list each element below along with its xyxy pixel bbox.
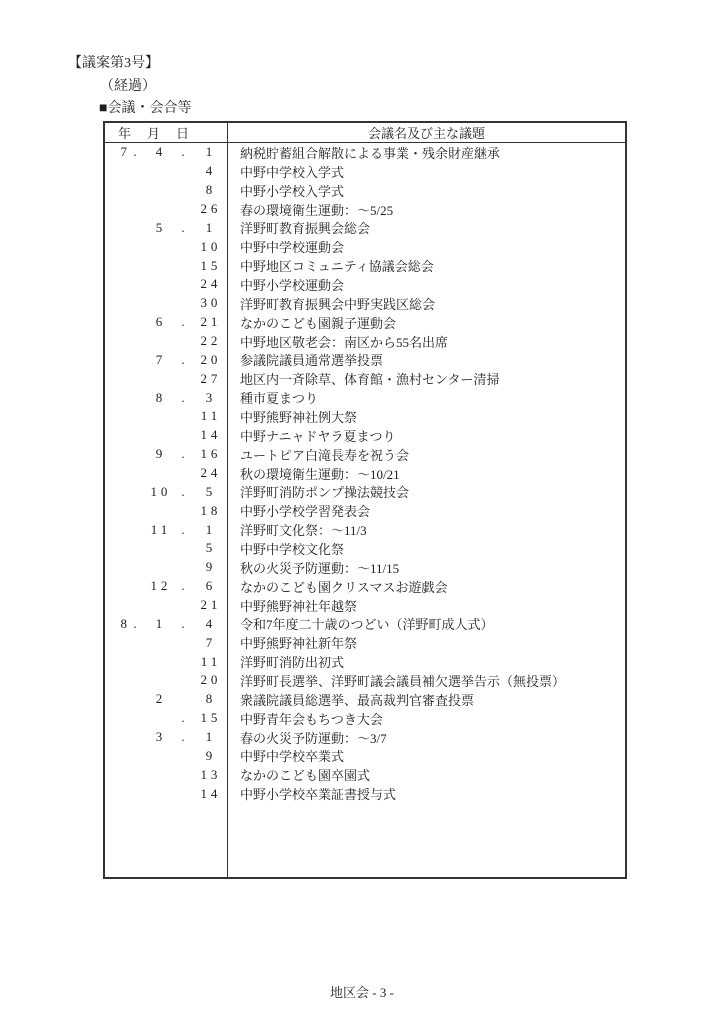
table-row: 7 . 4 . 1 納税貯蓄組合解散による事業・残余財産継承: [105, 143, 625, 162]
date-separator: .: [175, 144, 191, 160]
event-title: なかのこども園親子運動会: [228, 313, 625, 332]
date-cell: 13: [105, 765, 228, 784]
table-row: 6 . 21 なかのこども園親子運動会: [105, 313, 625, 332]
date-cell: 18: [105, 501, 228, 520]
table-row: 26 春の環境衛生運動：～5/25: [105, 200, 625, 219]
event-title: 中野小学校運動会: [228, 275, 625, 294]
table-row: 18 中野小学校学習発表会: [105, 501, 625, 520]
date-day: 7: [191, 635, 227, 651]
event-cell-empty: [228, 803, 625, 877]
event-title: 洋野町教育振興会中野実践区総会: [228, 294, 625, 313]
table-row: 11 . 1 洋野町文化祭：～11/3: [105, 520, 625, 539]
event-title: 中野熊野神社例大祭: [228, 407, 625, 426]
date-cell: 2 8: [105, 690, 228, 709]
date-cell: 12 . 6: [105, 577, 228, 596]
table-header-row: 年 月 日 会議名及び主な議題: [105, 123, 625, 143]
event-title: 衆議院議員総選挙、最高裁判官審査投票: [228, 690, 625, 709]
date-cell: 9: [105, 747, 228, 766]
table-row: 7 . 20 参議院議員通常選挙投票: [105, 350, 625, 369]
date-cell: 8: [105, 181, 228, 200]
page-footer: 地区会 - 3 -: [0, 982, 724, 1001]
date-cell: 10 . 5: [105, 482, 228, 501]
date-month: 9: [143, 446, 175, 462]
date-year: 7: [107, 144, 127, 160]
column-header-topic: 会議名及び主な議題: [228, 123, 625, 142]
date-month: 12: [143, 578, 175, 594]
date-day: 8: [191, 691, 227, 707]
event-title: 中野小学校学習発表会: [228, 501, 625, 520]
date-month: 8: [143, 390, 175, 406]
date-day: 21: [191, 314, 227, 330]
table-row: 14 中野小学校卒業証書授与式: [105, 784, 625, 803]
date-month: 10: [143, 484, 175, 500]
date-cell: . 15: [105, 709, 228, 728]
date-cell: 14: [105, 784, 228, 803]
event-title: 秋の環境衛生運動：～10/21: [228, 464, 625, 483]
date-cell: 7 . 4 . 1: [105, 143, 228, 162]
event-title: 洋野町長選挙、洋野町議会議員補欠選挙告示（無投票）: [228, 671, 625, 690]
date-cell: 7: [105, 633, 228, 652]
event-title: 中野中学校入学式: [228, 162, 625, 181]
date-day: 27: [191, 371, 227, 387]
table-row: 13 なかのこども園卒園式: [105, 765, 625, 784]
date-cell: 14: [105, 426, 228, 445]
event-title: 中野青年会もちつき大会: [228, 709, 625, 728]
date-separator: .: [175, 729, 191, 745]
date-day: 22: [191, 333, 227, 349]
event-title: 中野小学校入学式: [228, 181, 625, 200]
date-cell: 8 . 3: [105, 388, 228, 407]
date-day: 16: [191, 446, 227, 462]
table-filler-row: [105, 803, 625, 877]
table-row: 3 . 1 春の火災予防運動：～3/7: [105, 728, 625, 747]
date-cell: 9: [105, 558, 228, 577]
table-row: 24 中野小学校運動会: [105, 275, 625, 294]
date-separator: .: [175, 390, 191, 406]
date-cell: 27: [105, 369, 228, 388]
table-row: 20 洋野町長選挙、洋野町議会議員補欠選挙告示（無投票）: [105, 671, 625, 690]
table-row: 14 中野ナニャドヤラ夏まつり: [105, 426, 625, 445]
date-day: 26: [191, 201, 227, 217]
table-row: . 15 中野青年会もちつき大会: [105, 709, 625, 728]
date-day: 24: [191, 465, 227, 481]
date-separator: .: [175, 522, 191, 538]
date-cell: 4: [105, 162, 228, 181]
date-separator: .: [175, 352, 191, 368]
date-cell: 21: [105, 596, 228, 615]
date-day: 1: [191, 220, 227, 236]
date-day: 30: [191, 295, 227, 311]
date-day: 1: [191, 144, 227, 160]
date-day: 9: [191, 559, 227, 575]
date-cell: 11 . 1: [105, 520, 228, 539]
event-title: 中野ナニャドヤラ夏まつり: [228, 426, 625, 445]
date-day: 11: [191, 654, 227, 670]
table-row: 5 中野中学校文化祭: [105, 539, 625, 558]
date-year: 8: [107, 616, 127, 632]
table-row: 22 中野地区敬老会：南区から55名出席: [105, 332, 625, 351]
date-cell: 30: [105, 294, 228, 313]
date-cell: 9 . 16: [105, 445, 228, 464]
date-month: 6: [143, 314, 175, 330]
date-day: 5: [191, 540, 227, 556]
date-month: 7: [143, 352, 175, 368]
date-day: 1: [191, 729, 227, 745]
doc-subtitle: （経過）: [100, 79, 156, 95]
table-row: 27 地区内一斉除草、体育館・漁村センター清掃: [105, 369, 625, 388]
table-row: 9 中野中学校卒業式: [105, 747, 625, 766]
event-title: 秋の火災予防運動：～11/15: [228, 558, 625, 577]
event-title: 令和7年度二十歳のつどい（洋野町成人式）: [228, 614, 625, 633]
date-month: 3: [143, 729, 175, 745]
date-separator: .: [175, 578, 191, 594]
event-title: なかのこども園クリスマスお遊戯会: [228, 577, 625, 596]
date-day: 8: [191, 182, 227, 198]
date-day: 20: [191, 672, 227, 688]
date-month: 11: [143, 522, 175, 538]
date-month: 5: [143, 220, 175, 236]
date-separator: .: [175, 616, 191, 632]
column-header-date: 年 月 日: [105, 123, 228, 142]
date-cell: 26: [105, 200, 228, 219]
date-cell: 24: [105, 275, 228, 294]
date-cell: 7 . 20: [105, 350, 228, 369]
table-row: 21 中野熊野神社年越祭: [105, 596, 625, 615]
date-cell: 24: [105, 464, 228, 483]
section-heading: ■会議・会合等: [99, 101, 191, 117]
event-title: 中野中学校卒業式: [228, 747, 625, 766]
event-title: 春の火災予防運動：～3/7: [228, 728, 625, 747]
table-row: 8 . 1 . 4 令和7年度二十歳のつどい（洋野町成人式）: [105, 614, 625, 633]
table-row: 15 中野地区コミュニティ協議会総会: [105, 256, 625, 275]
date-month: 4: [143, 144, 175, 160]
table-row: 30 洋野町教育振興会中野実践区総会: [105, 294, 625, 313]
event-title: 洋野町消防ポンプ操法競技会: [228, 482, 625, 501]
event-title: なかのこども園卒園式: [228, 765, 625, 784]
document-page: 【議案第3号】 （経過） ■会議・会合等 年 月 日 会議名及び主な議題 7 .…: [0, 0, 724, 1024]
date-day: 18: [191, 503, 227, 519]
date-separator: .: [175, 484, 191, 500]
date-cell: 5 . 1: [105, 218, 228, 237]
date-day: 14: [191, 427, 227, 443]
table-row: 4 中野中学校入学式: [105, 162, 625, 181]
event-title: 中野中学校文化祭: [228, 539, 625, 558]
date-day: 4: [191, 163, 227, 179]
table-row: 9 . 16 ユートピア白滝長寿を祝う会: [105, 445, 625, 464]
table-row: 9 秋の火災予防運動：～11/15: [105, 558, 625, 577]
event-title: 中野熊野神社新年祭: [228, 633, 625, 652]
date-day: 5: [191, 484, 227, 500]
date-cell: 15: [105, 256, 228, 275]
date-month: 1: [143, 616, 175, 632]
date-day: 4: [191, 616, 227, 632]
date-day: 20: [191, 352, 227, 368]
event-title: 中野地区敬老会：南区から55名出席: [228, 332, 625, 351]
date-separator: .: [127, 616, 143, 632]
event-title: 中野熊野神社年越祭: [228, 596, 625, 615]
date-separator: .: [175, 446, 191, 462]
table-row: 11 洋野町消防出初式: [105, 652, 625, 671]
date-day: 1: [191, 522, 227, 538]
date-cell: 5: [105, 539, 228, 558]
date-day: 3: [191, 390, 227, 406]
table-body: 7 . 4 . 1 納税貯蓄組合解散による事業・残余財産継承 4 中野中学校入学…: [105, 143, 625, 877]
date-day: 9: [191, 748, 227, 764]
event-title: 春の環境衛生運動：～5/25: [228, 200, 625, 219]
table-row: 7 中野熊野神社新年祭: [105, 633, 625, 652]
table-row: 10 中野中学校運動会: [105, 237, 625, 256]
date-day: 13: [191, 767, 227, 783]
table-row: 24 秋の環境衛生運動：～10/21: [105, 464, 625, 483]
event-title: 種市夏まつり: [228, 388, 625, 407]
date-separator: .: [175, 314, 191, 330]
date-day: 14: [191, 786, 227, 802]
table-row: 2 8 衆議院議員総選挙、最高裁判官審査投票: [105, 690, 625, 709]
event-title: 中野地区コミュニティ協議会総会: [228, 256, 625, 275]
event-title: 洋野町消防出初式: [228, 652, 625, 671]
meetings-table: 年 月 日 会議名及び主な議題 7 . 4 . 1 納税貯蓄組合解散による事業・…: [103, 121, 627, 879]
date-day: 15: [191, 258, 227, 274]
date-cell: 11: [105, 407, 228, 426]
event-title: 納税貯蓄組合解散による事業・残余財産継承: [228, 143, 625, 162]
date-cell: 22: [105, 332, 228, 351]
date-separator: .: [175, 710, 191, 726]
date-separator: .: [127, 144, 143, 160]
table-row: 11 中野熊野神社例大祭: [105, 407, 625, 426]
doc-title: 【議案第3号】: [68, 56, 159, 72]
date-day: 21: [191, 597, 227, 613]
event-title: 地区内一斉除草、体育館・漁村センター清掃: [228, 369, 625, 388]
table-row: 5 . 1 洋野町教育振興会総会: [105, 218, 625, 237]
event-title: 中野小学校卒業証書授与式: [228, 784, 625, 803]
date-cell: 10: [105, 237, 228, 256]
table-row: 8 中野小学校入学式: [105, 181, 625, 200]
date-cell: 8 . 1 . 4: [105, 614, 228, 633]
date-cell: 6 . 21: [105, 313, 228, 332]
date-cell-empty: [105, 803, 228, 877]
event-title: 参議院議員通常選挙投票: [228, 350, 625, 369]
date-cell: 11: [105, 652, 228, 671]
date-day: 6: [191, 578, 227, 594]
table-row: 12 . 6 なかのこども園クリスマスお遊戯会: [105, 577, 625, 596]
date-separator: .: [175, 220, 191, 236]
event-title: 中野中学校運動会: [228, 237, 625, 256]
date-cell: 20: [105, 671, 228, 690]
date-day: 11: [191, 408, 227, 424]
date-day: 10: [191, 239, 227, 255]
table-row: 8 . 3 種市夏まつり: [105, 388, 625, 407]
table-row: 10 . 5 洋野町消防ポンプ操法競技会: [105, 482, 625, 501]
date-cell: 3 . 1: [105, 728, 228, 747]
date-day: 15: [191, 710, 227, 726]
event-title: ユートピア白滝長寿を祝う会: [228, 445, 625, 464]
event-title: 洋野町教育振興会総会: [228, 218, 625, 237]
date-day: 24: [191, 276, 227, 292]
date-month: 2: [143, 691, 175, 707]
event-title: 洋野町文化祭：～11/3: [228, 520, 625, 539]
